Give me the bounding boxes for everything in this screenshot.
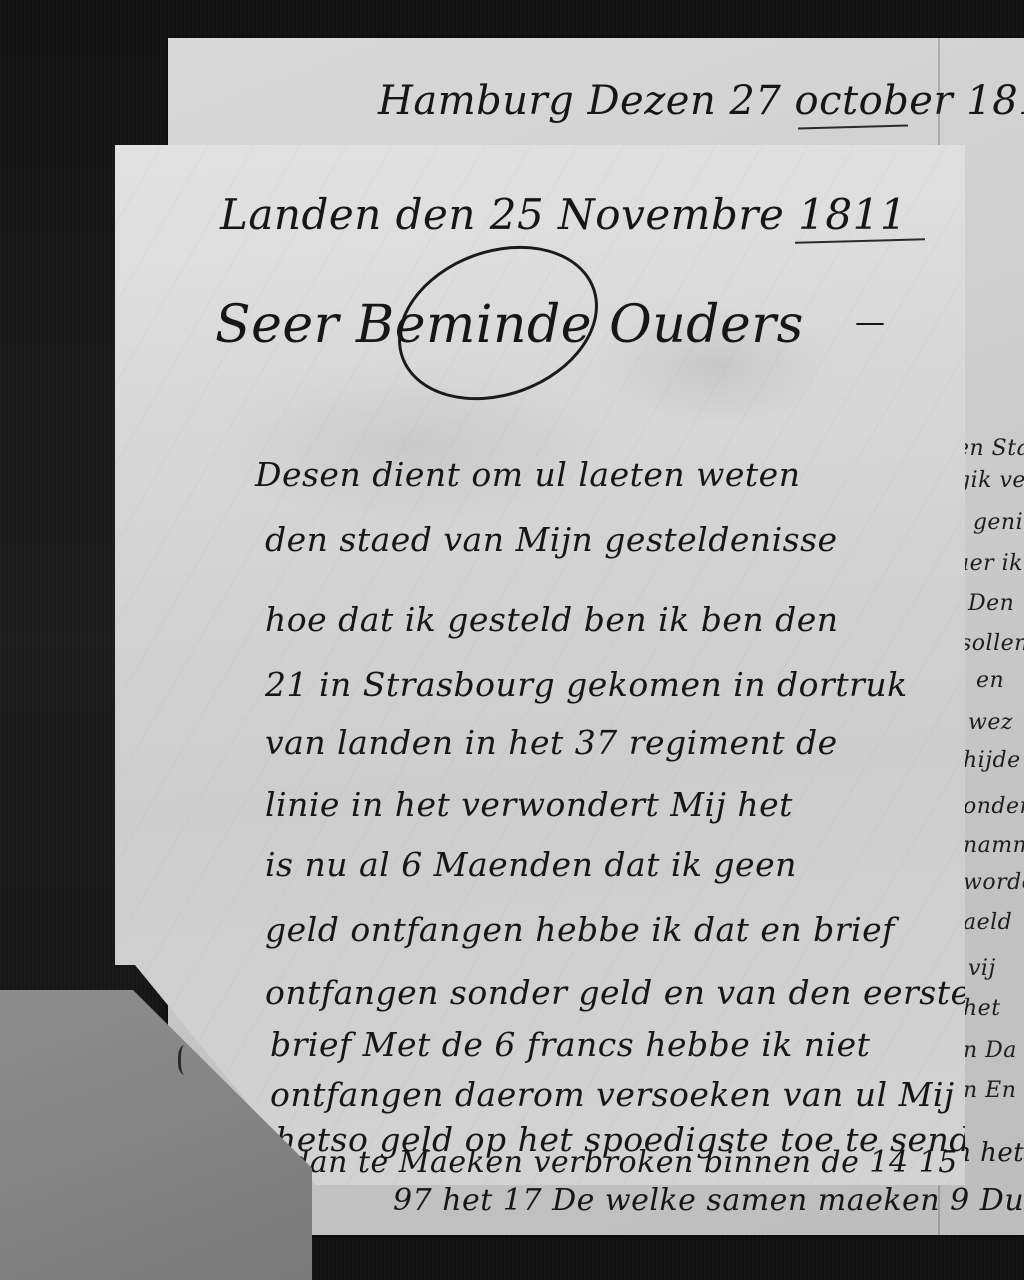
letter-body-line: hoe dat ik gesteld ben ik ben den xyxy=(265,600,839,639)
margin-fragment: hijde xyxy=(963,748,1021,773)
margin-fragment: worde xyxy=(963,870,1024,895)
letter-body-line: ontfangen sonder geld en van den eerste xyxy=(265,973,971,1012)
letter-body-line: van landen in het 37 regiment de xyxy=(265,723,838,762)
margin-fragment: Den xyxy=(968,591,1014,616)
front-letter-page: Landen den 25 Novembre 1811 Seer Beminde… xyxy=(115,145,965,1185)
header-underline xyxy=(798,125,908,130)
letter-date-line: Landen den 25 Novembre 1811 xyxy=(220,190,907,239)
margin-fragment: namm xyxy=(963,833,1024,858)
letter-body-line: linie in het verwondert Mij het xyxy=(265,785,793,824)
margin-fragment: en xyxy=(976,668,1004,693)
margin-fragment: n En xyxy=(963,1078,1016,1103)
letter-body-line: ontfangen daerom versoeken van ul Mij xyxy=(270,1075,955,1114)
binding-thread xyxy=(178,1045,195,1075)
margin-fragment: het xyxy=(963,996,1001,1021)
margin-fragment: gik ve xyxy=(956,468,1024,493)
margin-fragment: wez xyxy=(968,710,1013,735)
letter-salutation: Seer Beminde Ouders xyxy=(215,295,804,355)
letter-body-line: den staed van Mijn gesteldenisse xyxy=(265,520,838,559)
margin-fragment: aeld xyxy=(963,910,1012,935)
letter-body-line: brief Met de 6 francs hebbe ik niet xyxy=(270,1025,870,1064)
letter-body-line: 21 in Strasbourg gekomen in dortruk xyxy=(265,665,908,704)
margin-fragment: n Da xyxy=(963,1038,1017,1063)
salutation-dash: — xyxy=(855,305,886,340)
margin-fragment: aer ik xyxy=(956,551,1023,576)
margin-fragment: onder xyxy=(963,794,1024,819)
back-letter-bottom-line: 97 het 17 De welke samen maeken 9 Dui xyxy=(393,1183,1024,1218)
margin-fragment: vij xyxy=(968,956,996,981)
margin-fragment: t genie xyxy=(956,510,1024,535)
letter-body-line: geld ontfangen hebbe ik dat en brief xyxy=(265,910,895,949)
back-letter-header: Hamburg Dezen 27 october 1811 xyxy=(378,78,1024,124)
letter-body-line: is nu al 6 Maenden dat ik geen xyxy=(265,845,797,884)
letter-body-line: Desen dient om ul laeten weten xyxy=(255,455,800,494)
margin-fragment: en Sta xyxy=(956,436,1024,461)
letter-body-line: dan te Maeken verbroken binnen de 14 15 … xyxy=(290,1145,1024,1180)
margin-fragment: sollen xyxy=(960,631,1024,656)
